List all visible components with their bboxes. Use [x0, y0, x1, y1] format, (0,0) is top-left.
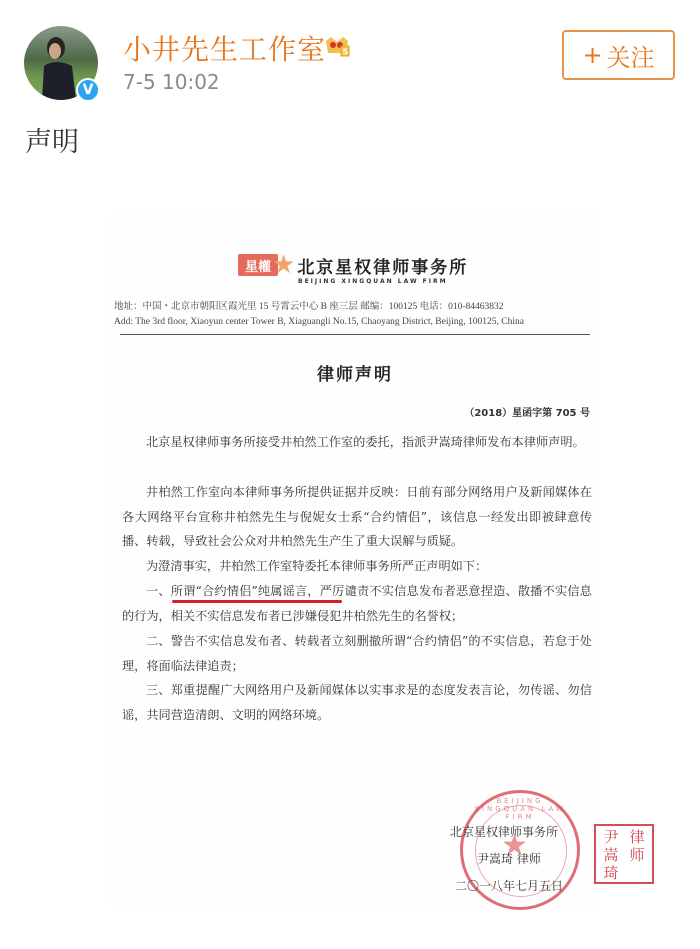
person-silhouette-icon: [42, 36, 76, 100]
post-timestamp: 7-5 10:02: [123, 70, 220, 94]
paragraph-2: 井柏然工作室向本律师事务所提供证据并反映：日前有部分网络用户及新闻媒体在各大网络…: [122, 480, 592, 554]
verified-badge-label: V: [83, 82, 94, 98]
paragraph-4: 一、所谓“合约情侣”纯属谣言，严厉谴责不实信息发布者恶意捏造、散播不实信息的行为…: [122, 579, 592, 628]
star-icon: ★: [272, 250, 295, 280]
paragraph-5: 二、警告不实信息发布者、转载者立刻删撤所谓“合约情侣”的不实信息，若怠于处理，将…: [122, 629, 592, 678]
seal-char: 嵩: [598, 846, 624, 864]
paragraph-1: 北京星权律师事务所接受井柏然工作室的委托，指派尹嵩琦律师发布本律师声明。: [122, 430, 592, 455]
paragraph-6: 三、郑重提醒广大网络用户及新闻媒体以实事求是的态度发表言论，勿传谣、勿信谣，共同…: [122, 678, 592, 727]
post-text: 声明: [25, 120, 79, 159]
address-cn: 地址：中国・北京市朝阳区霞光里 15 号霄云中心 B 座三层 邮编：100125…: [114, 300, 598, 315]
signature-date: 二〇一八年七月五日: [455, 877, 563, 894]
seal-char: 律: [624, 828, 650, 846]
follow-label: 关注: [607, 38, 655, 73]
seal-char: 琦: [598, 864, 624, 882]
red-underline-annotation: [172, 600, 342, 603]
letterhead-address: 地址：中国・北京市朝阳区霞光里 15 号霄云中心 B 座三层 邮编：100125…: [114, 300, 598, 330]
signature-lawyer: 尹嵩琦 律师: [477, 850, 541, 867]
seal-char: 师: [624, 846, 650, 864]
firm-name-cn: 北京星权律师事务所: [297, 253, 468, 278]
address-en: Add: The 3rd floor, Xiaoyun center Tower…: [114, 315, 598, 330]
username[interactable]: 小井先生工作室: [123, 28, 326, 68]
crown-icon: 5: [324, 33, 350, 57]
document-number: （2018）星函字第 705 号: [464, 404, 590, 419]
firm-name-en: BEIJING XINGQUAN LAW FIRM: [298, 278, 448, 285]
letterhead-logo: 星權 ★ 北京星权律师事务所: [238, 250, 468, 280]
letterhead-divider: [120, 334, 590, 335]
signature-firm: 北京星权律师事务所: [450, 823, 558, 840]
verified-badge-icon: V: [76, 78, 100, 102]
seal-char: 尹: [598, 828, 624, 846]
attached-document-image[interactable]: 星權 ★ 北京星权律师事务所 BEIJING XINGQUAN LAW FIRM…: [110, 210, 600, 910]
svg-text:5: 5: [343, 48, 349, 57]
square-seal-stamp: 尹 律 嵩 师 琦: [594, 824, 654, 884]
plus-icon: +: [582, 41, 602, 69]
document-title: 律师声明: [110, 360, 600, 385]
seal-char: [624, 864, 650, 882]
follow-button[interactable]: + 关注: [562, 30, 675, 80]
paragraph-3: 为澄清事实，井柏然工作室特委托本律师事务所严正声明如下：: [122, 554, 592, 579]
